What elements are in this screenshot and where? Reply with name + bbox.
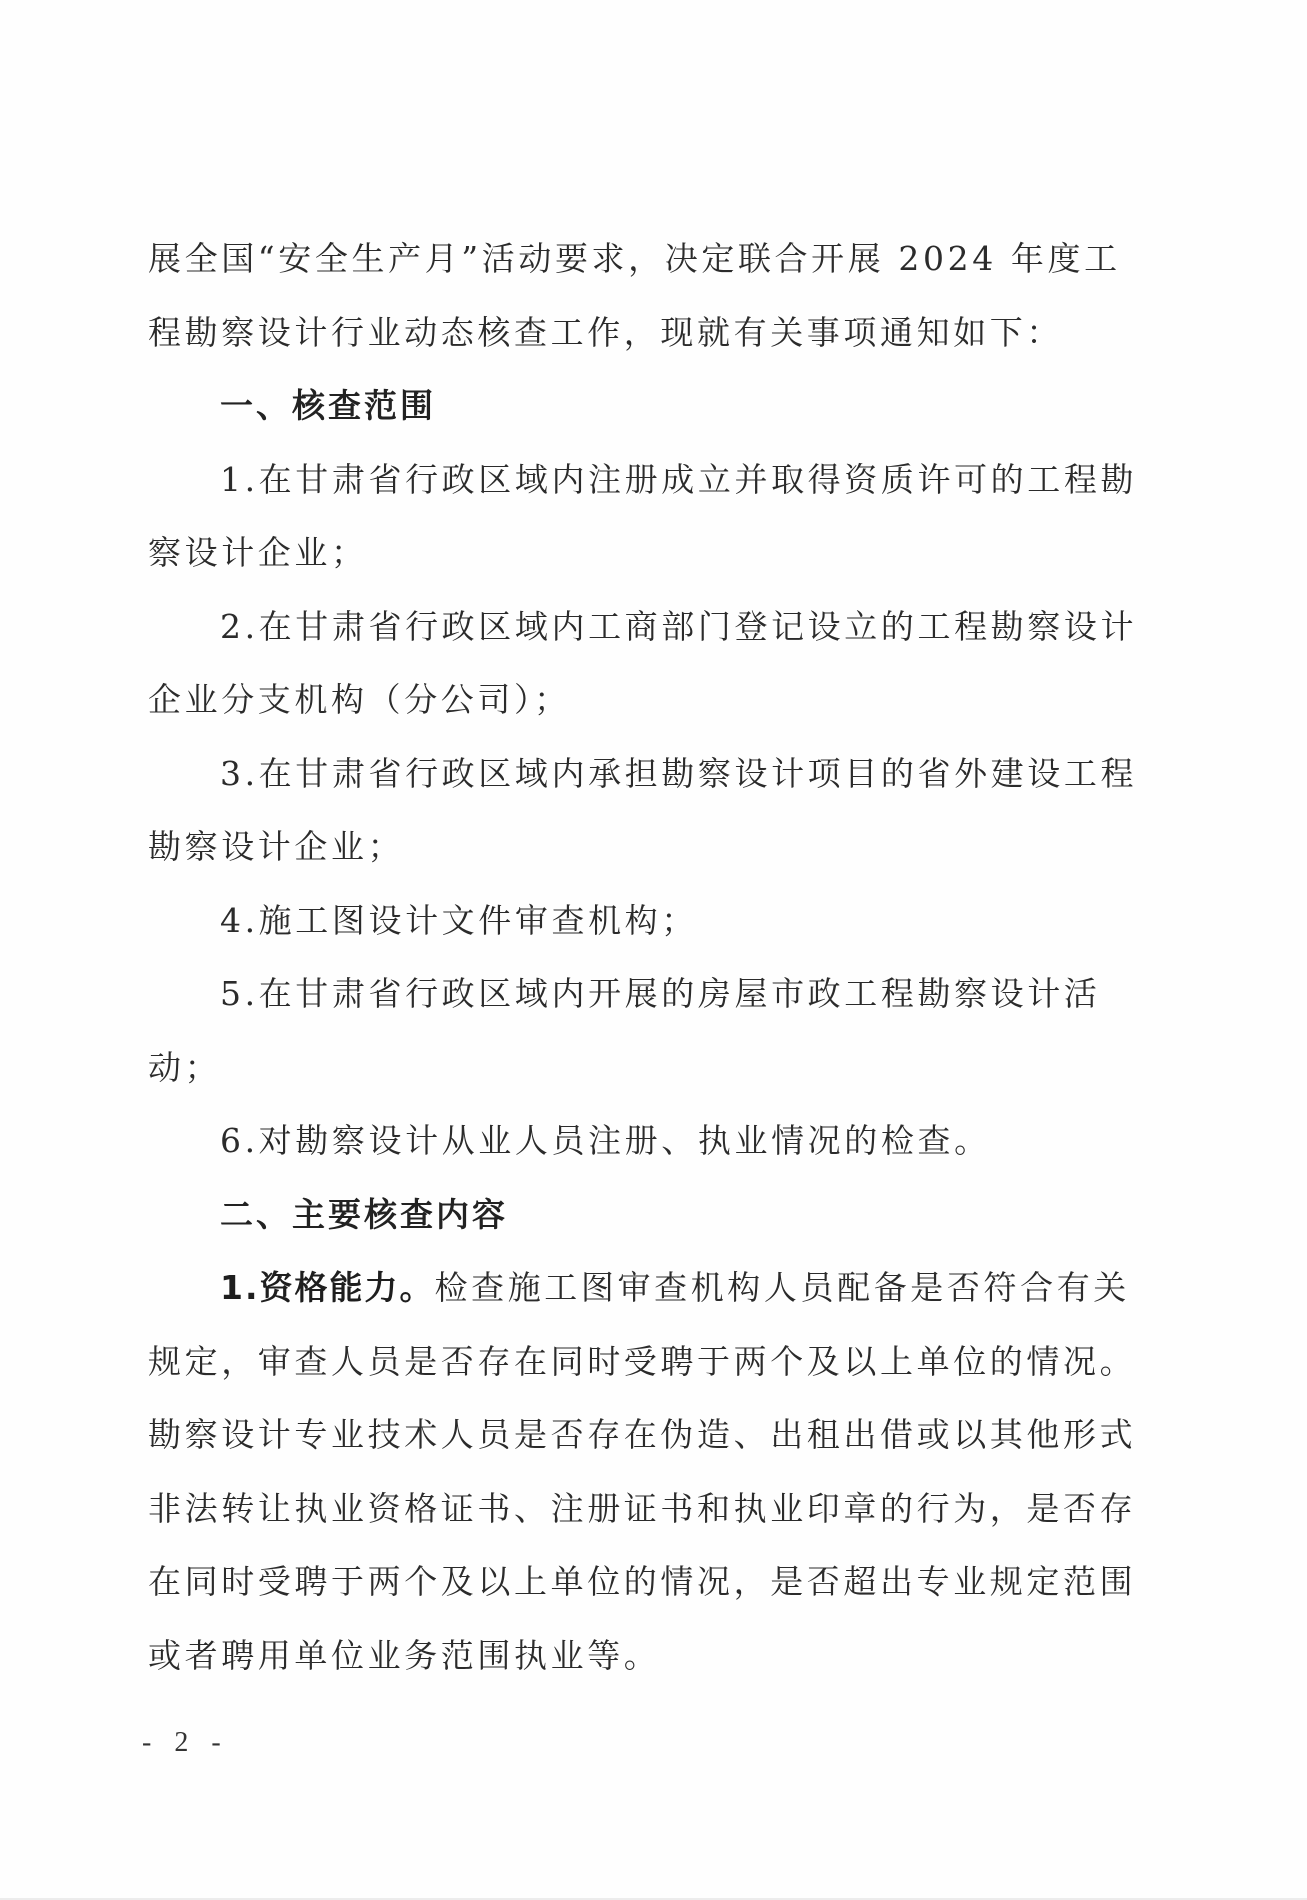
scope-item-6: 6.对勘察设计从业人员注册、执业情况的检查。 [148, 1104, 1148, 1178]
scope-item-5-cont: 动； [148, 1031, 1148, 1105]
scope-item-5: 5.在甘肃省行政区域内开展的房屋市政工程勘察设计活 [148, 957, 1148, 1031]
scope-item-3: 3.在甘肃省行政区域内承担勘察设计项目的省外建设工程 [148, 737, 1148, 811]
content-item-1-cont: 非法转让执业资格证书、注册证书和执业印章的行为，是否存 [148, 1472, 1148, 1546]
scope-item-2: 2.在甘肃省行政区域内工商部门登记设立的工程勘察设计 [148, 590, 1148, 664]
paragraph-line: 展全国“安全生产月”活动要求，决定联合开展 2024 年度工 [148, 222, 1148, 296]
section-heading-scope: 一、核查范围 [148, 369, 1148, 443]
scope-item-4: 4.施工图设计文件审查机构； [148, 884, 1148, 958]
scope-item-2-cont: 企业分支机构（分公司）； [148, 663, 1148, 737]
content-item-1-text: 检查施工图审查机构人员配备是否符合有关 [435, 1268, 1130, 1307]
scope-item-1: 1.在甘肃省行政区域内注册成立并取得资质许可的工程勘 [148, 443, 1148, 517]
content-item-1-cont: 规定，审查人员是否存在同时受聘于两个及以上单位的情况。 [148, 1325, 1148, 1399]
content-item-1-lead: 1.资格能力。 [220, 1268, 435, 1307]
content-item-1: 1.资格能力。检查施工图审查机构人员配备是否符合有关 [148, 1251, 1148, 1325]
paragraph-line: 程勘察设计行业动态核查工作，现就有关事项通知如下： [148, 296, 1148, 370]
content-item-1-cont: 勘察设计专业技术人员是否存在伪造、出租出借或以其他形式 [148, 1398, 1148, 1472]
content-item-1-cont: 在同时受聘于两个及以上单位的情况，是否超出专业规定范围 [148, 1545, 1148, 1619]
scope-item-3-cont: 勘察设计企业； [148, 810, 1148, 884]
section-heading-content: 二、主要核查内容 [148, 1178, 1148, 1252]
scope-item-1-cont: 察设计企业； [148, 516, 1148, 590]
content-item-1-cont: 或者聘用单位业务范围执业等。 [148, 1619, 1148, 1693]
document-body: 展全国“安全生产月”活动要求，决定联合开展 2024 年度工 程勘察设计行业动态… [148, 222, 1148, 1692]
document-page: 展全国“安全生产月”活动要求，决定联合开展 2024 年度工 程勘察设计行业动态… [0, 0, 1307, 1900]
page-number: - 2 - [142, 1727, 229, 1759]
